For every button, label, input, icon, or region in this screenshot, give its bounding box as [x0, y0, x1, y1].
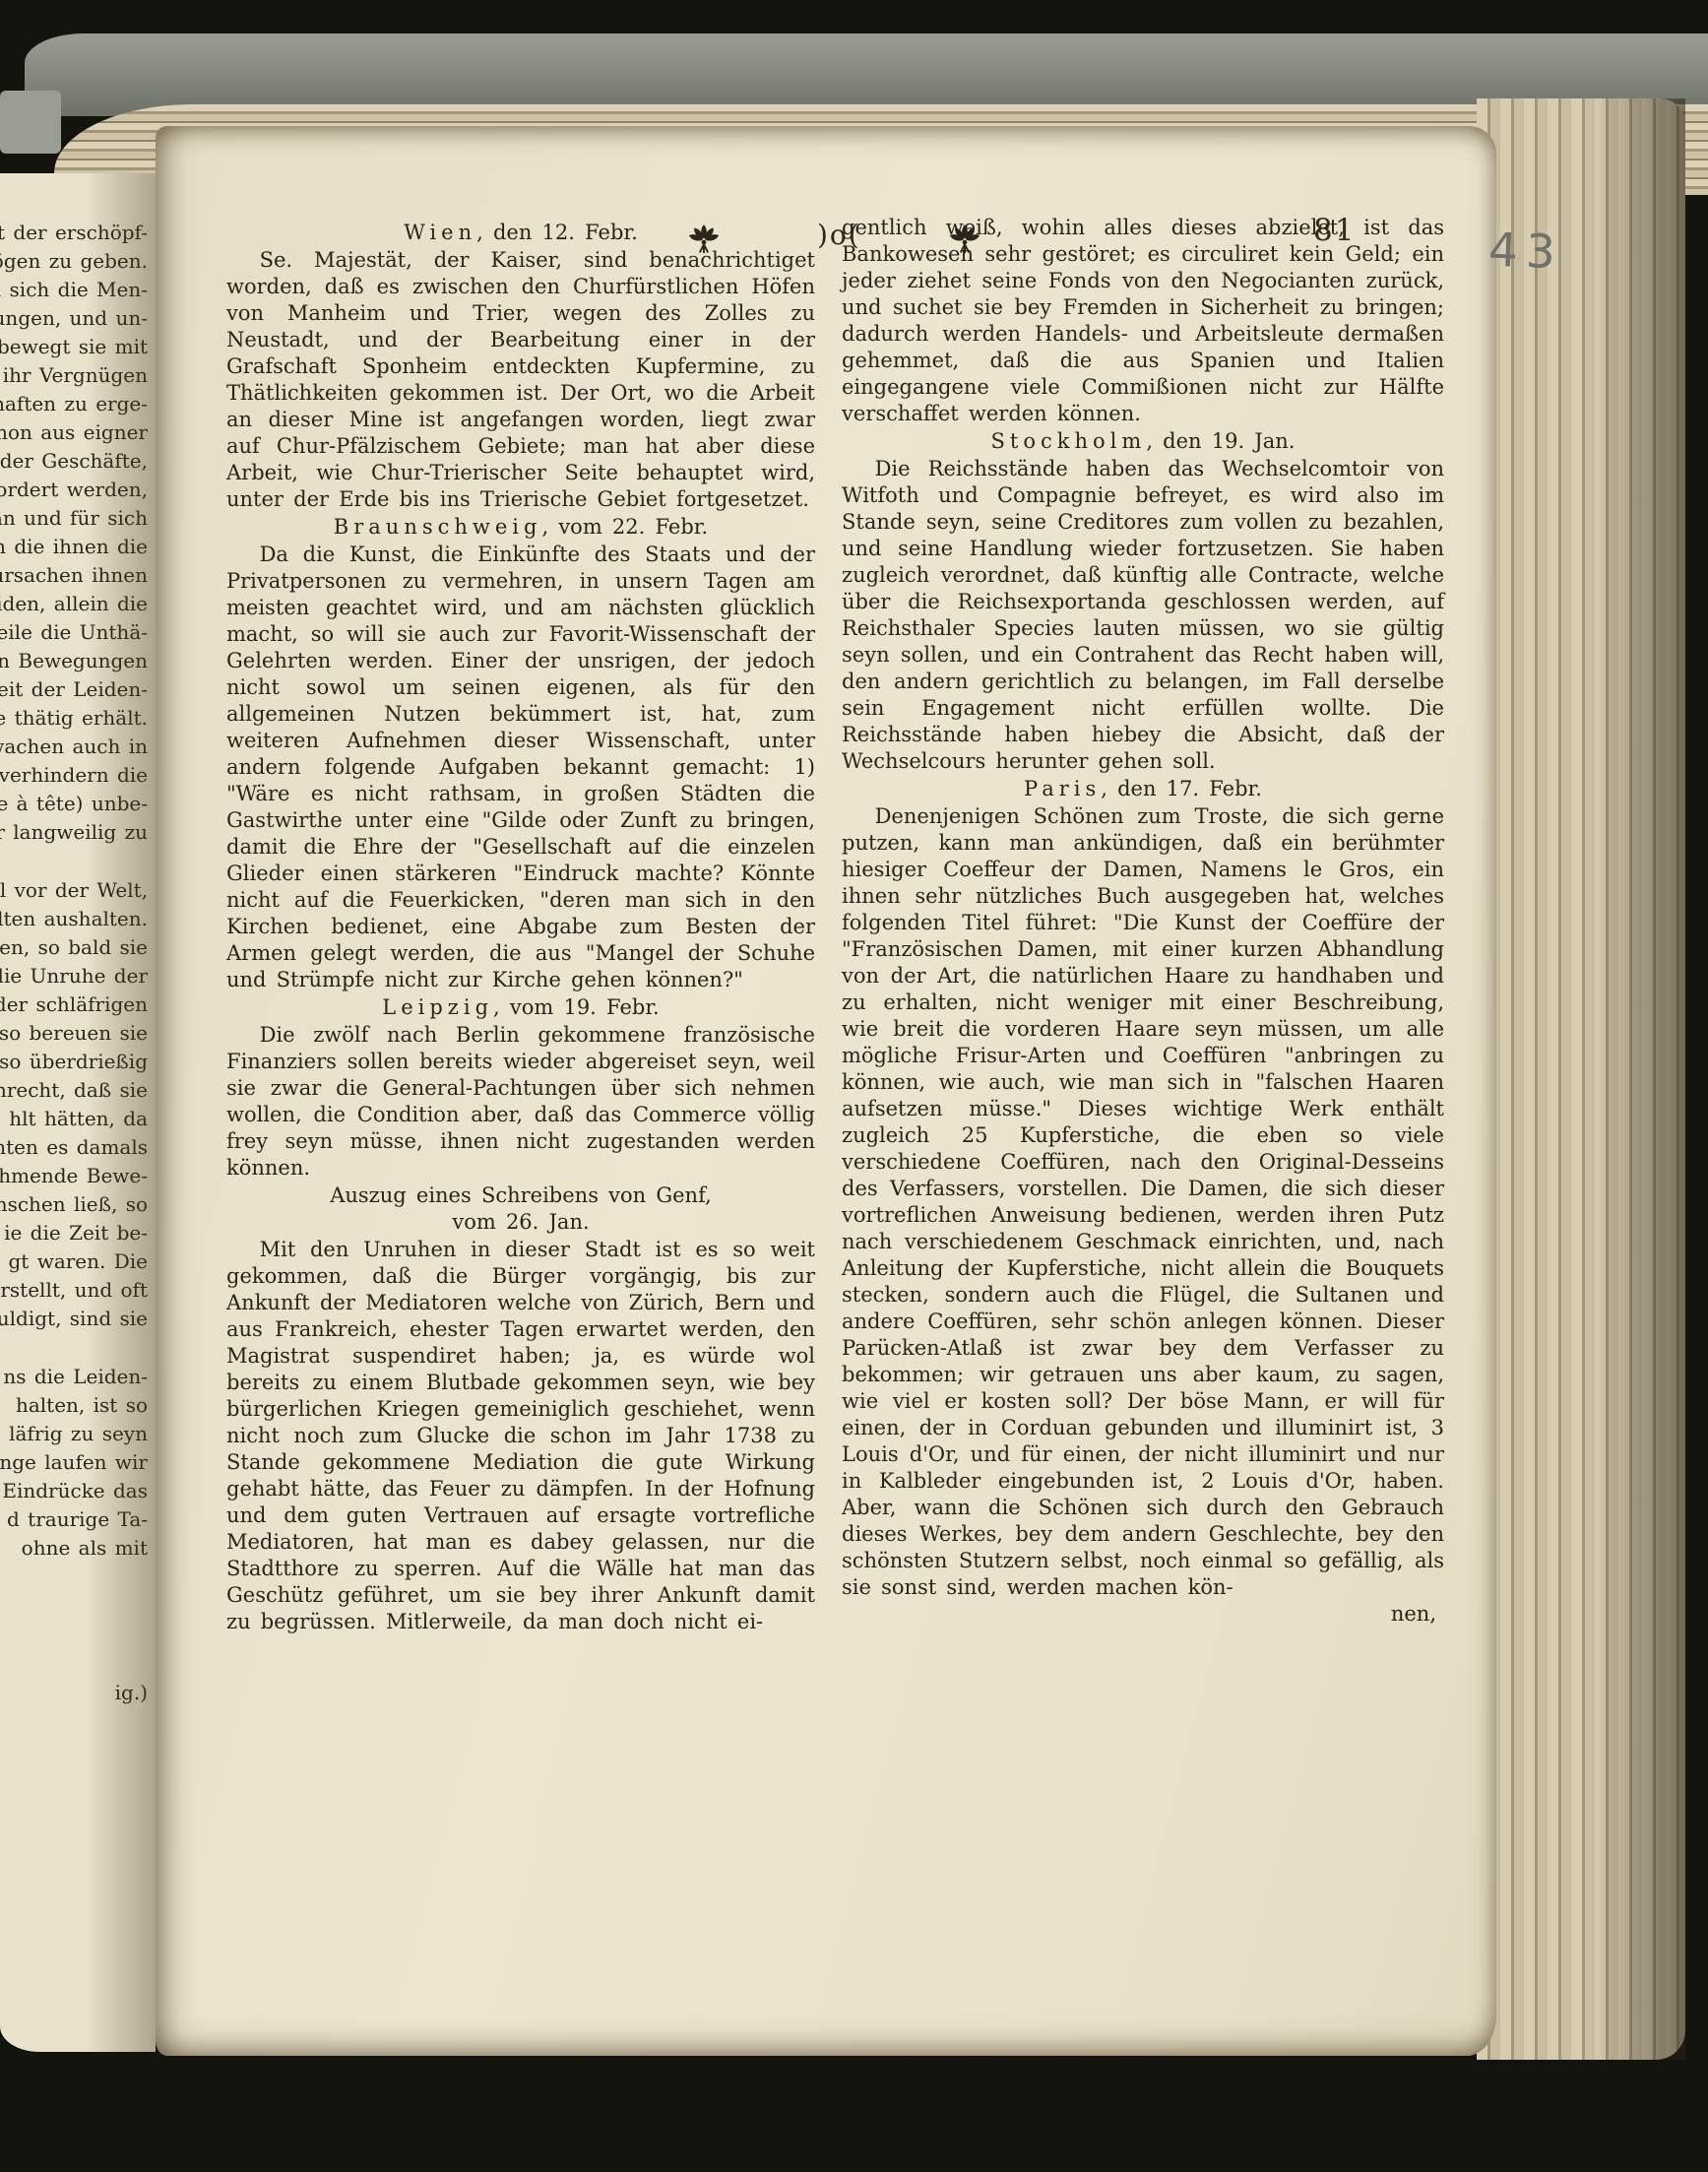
article-paragraph: Die zwölf nach Berlin gekommene französi… [226, 1022, 815, 1182]
margin-line: nschen ließ, so [0, 1190, 148, 1219]
article-paragraph: Se. Majestät, der Kaiser, sind benachric… [226, 247, 815, 513]
margin-line: uldigt, sind sie [0, 1305, 148, 1333]
margin-gap [0, 1333, 148, 1363]
article-paragraph: gentlich weiß, wohin alles dieses abziel… [842, 215, 1444, 427]
dateline-city: Leipzig [382, 995, 493, 1019]
margin-line: nten es damals [0, 1133, 148, 1162]
margin-line: unrecht, daß sie [0, 1076, 148, 1105]
margin-line: ihr Vergnügen [0, 361, 148, 390]
section-heading: Wien, den 12. Febr. [226, 219, 815, 247]
section-heading: Stockholm, den 19. Jan. [842, 427, 1444, 456]
margin-line: ns die Leiden- [0, 1363, 148, 1391]
section-heading-line: Auszug eines Schreibens von Genf, [226, 1182, 815, 1209]
right-text-column: gentlich weiß, wohin alles dieses abziel… [842, 215, 1444, 1628]
margin-line: halten, ist so [0, 1391, 148, 1420]
section-heading: Braunschweig, vom 22. Febr. [226, 513, 815, 542]
margin-line: lten aushalten. [0, 905, 148, 933]
margin-line: gt waren. Die [0, 1247, 148, 1276]
margin-line: an und für sich [0, 504, 148, 533]
article-paragraph: Mit den Unruhen in dieser Stadt ist es s… [226, 1237, 815, 1635]
margin-line: hmende Bewe- [0, 1162, 148, 1190]
dateline-date: , vom 22. Febr. [541, 515, 708, 539]
margin-line: e Eindrücke das [0, 1477, 148, 1505]
margin-line: die Unruhe der [0, 962, 148, 990]
margin-line: ie die Zeit be- [0, 1219, 148, 1247]
book-scan: heint der erschöpf-mögen zu geben.m sich… [0, 0, 1708, 2172]
margin-line: der Geschäfte, [0, 447, 148, 476]
margin-line: bewegt sie mit [0, 333, 148, 361]
margin-line: rstellt, und oft [0, 1276, 148, 1305]
margin-line: schaften zu erge- [0, 390, 148, 418]
facing-page-sliver: heint der erschöpf-mögen zu geben.m sich… [0, 173, 156, 2052]
margin-line: heit der Leiden- [0, 675, 148, 704]
article-paragraph: Denenjenigen Schönen zum Troste, die sic… [842, 803, 1444, 1601]
margin-gap [0, 1563, 148, 1679]
margin-line: so überdrießig [0, 1048, 148, 1076]
margin-line: weile die Unthä- [0, 618, 148, 647]
scanned-page: )o( 81 Wien, den 12. Febr.Se. Majestät, … [156, 126, 1496, 2056]
margin-line: ig.) [0, 1679, 148, 1707]
margin-line: el vor der Welt, [0, 876, 148, 905]
dateline-city: Braunschweig [334, 515, 542, 539]
page-edges-right [1477, 98, 1685, 2060]
dateline-city: Wien [404, 221, 476, 244]
margin-line: schon aus eigner [0, 418, 148, 447]
left-text-column: Wien, den 12. Febr.Se. Majestät, der Kai… [226, 219, 815, 1635]
facing-page-text: heint der erschöpf-mögen zu geben.m sich… [0, 219, 148, 1707]
margin-line: wachen auch in [0, 733, 148, 761]
margin-line: mögen zu geben. [0, 247, 148, 276]
margin-line: heint der erschöpf- [0, 219, 148, 247]
dateline-date: , den 19. Jan. [1146, 429, 1295, 453]
article-paragraph: Die Reichsstände haben das Wechselcomtoi… [842, 456, 1444, 775]
section-heading-line: vom 26. Jan. [226, 1209, 815, 1236]
margin-line: verhindern die [0, 761, 148, 790]
margin-gap [0, 847, 148, 876]
margin-line: en Bewegungen [0, 647, 148, 675]
margin-line: nge laufen wir [0, 1448, 148, 1477]
catchword: nen, [842, 1601, 1444, 1628]
margin-line: hlt hätten, da [0, 1105, 148, 1133]
section-heading: Paris, den 17. Febr. [842, 775, 1444, 803]
dateline-date: , den 17. Febr. [1101, 777, 1262, 800]
margin-line: m sich die Men- [0, 276, 148, 304]
margin-line: d traurige Ta- [0, 1505, 148, 1534]
margin-line: hungen, und un- [0, 304, 148, 333]
margin-line: rfordert werden, [0, 476, 148, 504]
margin-line: erursachen ihnen [0, 561, 148, 590]
dateline-city: Paris [1024, 777, 1101, 800]
margin-line: Leiden, allein die [0, 590, 148, 618]
margin-line: en, so bald sie [0, 933, 148, 962]
margin-line: r langweilig zu [0, 818, 148, 847]
article-paragraph: Da die Kunst, die Einkünfte des Staats u… [226, 542, 815, 993]
margin-line: n die ihnen die [0, 533, 148, 561]
dateline-date: , den 12. Febr. [476, 221, 638, 244]
dateline-city: Stockholm [991, 429, 1147, 453]
margin-line: läfrig zu seyn [0, 1420, 148, 1448]
margin-line: ohne als mit [0, 1534, 148, 1563]
margin-line: e thätig erhält. [0, 704, 148, 733]
section-heading: Leipzig, vom 19. Febr. [226, 993, 815, 1022]
section-heading: Auszug eines Schreibens von Genf,vom 26.… [226, 1182, 815, 1237]
margin-line: der schläfrigen [0, 990, 148, 1019]
margin-line: e à tête) unbe- [0, 790, 148, 818]
book-cover-corner [0, 91, 61, 154]
margin-line: so bereuen sie [0, 1019, 148, 1048]
dateline-date: , vom 19. Febr. [493, 995, 660, 1019]
handwritten-folio-number: 43 [1487, 224, 1564, 281]
